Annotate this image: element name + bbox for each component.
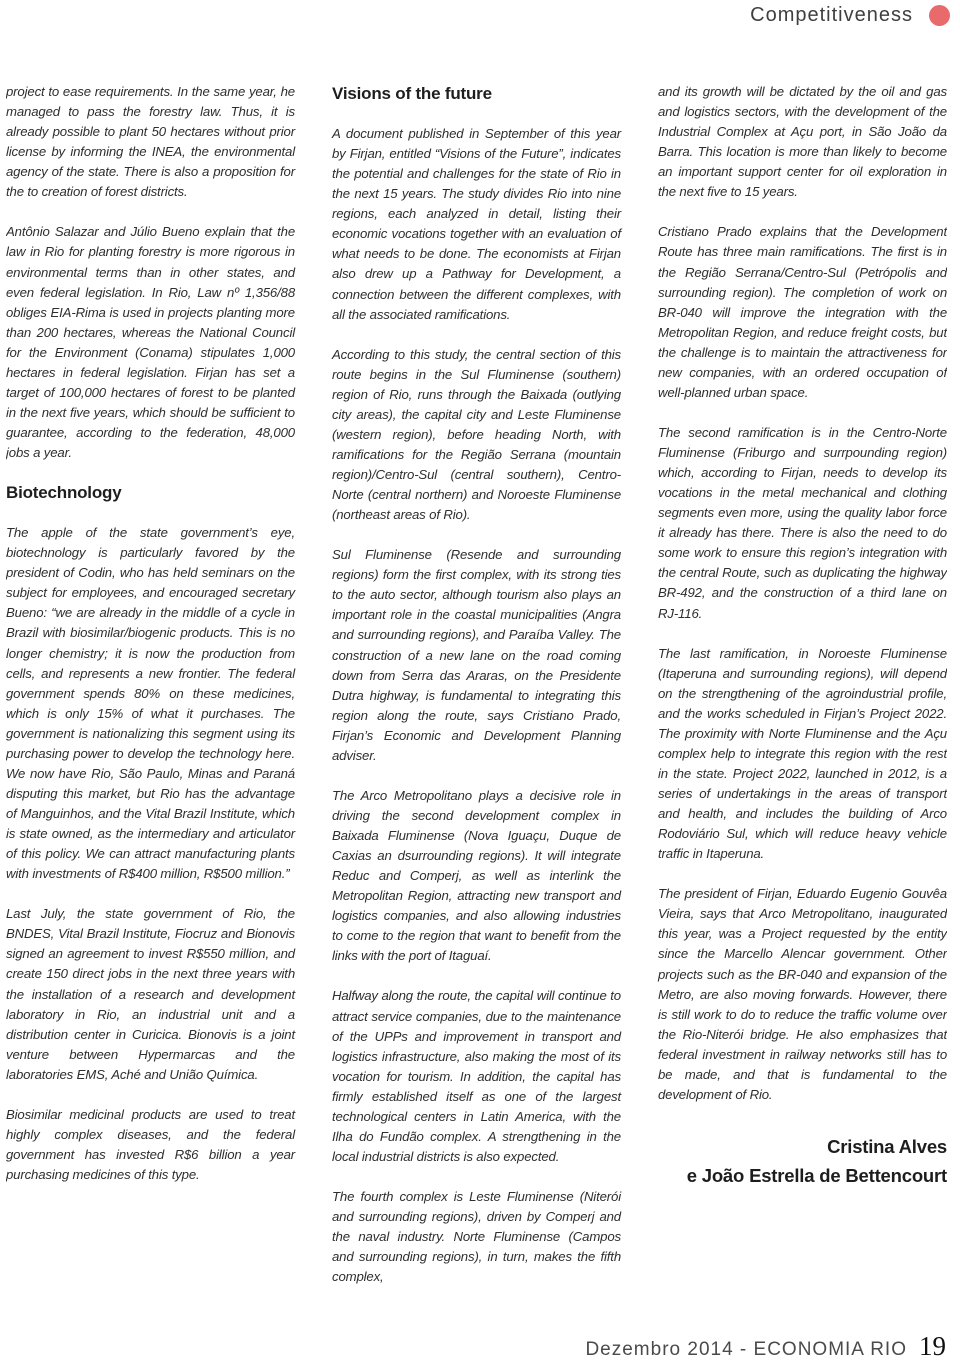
paragraph: Sul Fluminense (Resende and surrounding … [332,545,621,766]
paragraph: Cristiano Prado explains that the Develo… [658,222,947,403]
paragraph: The apple of the state government’s eye,… [6,523,295,884]
byline-author-2: e João Estrella de Bettencourt [658,1162,947,1191]
section-label: Competitiveness [750,4,913,27]
page-footer: Dezembro 2014 - ECONOMIA RIO 19 [585,1331,946,1362]
column-2: Visions of the future A document publish… [332,82,621,1328]
column-3: and its growth will be dictated by the o… [658,82,947,1328]
byline-author-1: Cristina Alves [658,1133,947,1162]
paragraph: Biosimilar medicinal products are used t… [6,1105,295,1185]
paragraph: Last July, the state government of Rio, … [6,904,295,1085]
paragraph: The president of Firjan, Eduardo Eugenio… [658,884,947,1105]
paragraph: A document published in September of thi… [332,124,621,325]
byline: Cristina Alves e João Estrella de Betten… [658,1133,947,1190]
section-heading-biotechnology: Biotechnology [6,483,295,503]
paragraph: According to this study, the central sec… [332,345,621,526]
column-1: project to ease requirements. In the sam… [6,82,295,1328]
page-header: Competitiveness [750,4,950,27]
paragraph: Antônio Salazar and Júlio Bueno explain … [6,222,295,463]
footer-page-number: 19 [919,1331,946,1362]
magazine-page: Competitiveness project to ease requirem… [0,0,960,1370]
paragraph: The last ramification, in Noroeste Flumi… [658,644,947,865]
section-marker-dot [929,5,950,26]
paragraph: project to ease requirements. In the sam… [6,82,295,202]
paragraph: The fourth complex is Leste Fluminense (… [332,1187,621,1287]
paragraph: The second ramification is in the Centro… [658,423,947,624]
footer-issue-text: Dezembro 2014 - ECONOMIA RIO [585,1339,907,1361]
article-body: project to ease requirements. In the sam… [6,82,947,1328]
paragraph: Halfway along the route, the capital wil… [332,986,621,1167]
section-heading-visions-of-the-future: Visions of the future [332,84,621,104]
paragraph: and its growth will be dictated by the o… [658,82,947,202]
paragraph: The Arco Metropolitano plays a decisive … [332,786,621,967]
